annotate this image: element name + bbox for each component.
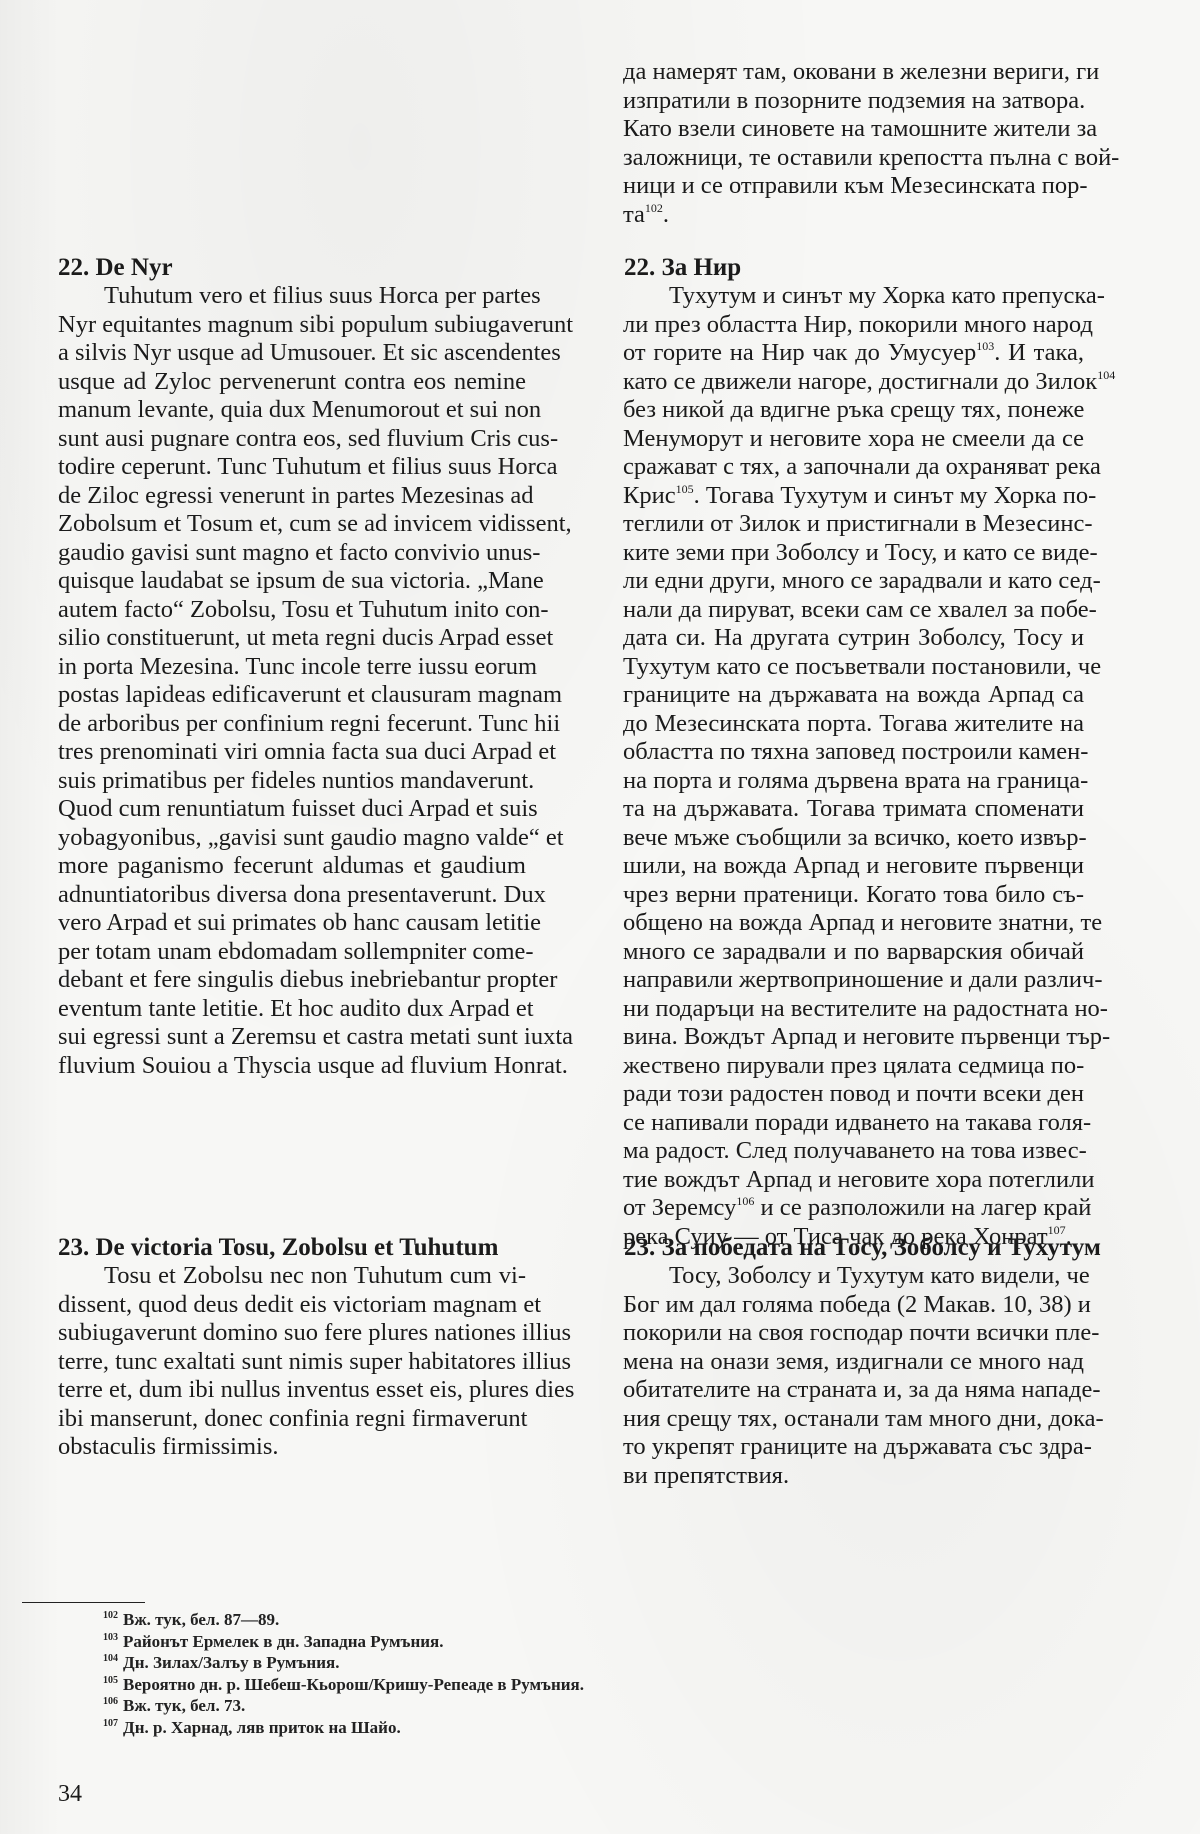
text-line: шили, на вожда Арпад и неговите първенци — [623, 852, 1084, 881]
text-line: terre et, dum ibi nullus inventus esset … — [58, 1376, 526, 1405]
footnote-item: 105Вероятно дн. р. Шебеш-Кьорош/Кришу-Ре… — [103, 1674, 584, 1696]
text-line: покорили на своя господар почти всички п… — [623, 1319, 1084, 1348]
text-line: Менуморут и неговите хора не смеели да с… — [623, 425, 1084, 454]
text-line: та102. — [623, 201, 1084, 230]
text-line: sunt ausi pugnare contra eos, sed fluviu… — [58, 425, 526, 454]
footnote-ref[interactable]: 106 — [736, 1194, 754, 1208]
text-line: per totam unam ebdomadam sollempniter co… — [58, 938, 526, 967]
text-line: се напивали поради идването на такава го… — [623, 1109, 1084, 1138]
text-line: от Зеремсу106 и се разположили на лагер … — [623, 1194, 1084, 1223]
right-top-continuation: да намерят там, оковани в железни вериги… — [623, 58, 1084, 229]
text-line: от горите на Нир чак до Умусуер103. И та… — [623, 339, 1084, 368]
footnote-number: 104 — [103, 1653, 118, 1664]
text-line: ни подаръци на вестителите на радостната… — [623, 995, 1084, 1024]
text-line: областта по тяхна заповед построили каме… — [623, 738, 1084, 767]
footnote-number: 103 — [103, 1632, 118, 1643]
footnote-divider — [22, 1602, 145, 1603]
text-line: сражават с тях, а започнали да охраняват… — [623, 453, 1084, 482]
text-line: eventum tante letitie. Et hoc audito dux… — [58, 995, 526, 1024]
footnote-ref[interactable]: 104 — [1097, 368, 1115, 382]
text-line: Tosu et Zobolsu nec non Tuhutum cum vi- — [58, 1262, 526, 1291]
text-line: дата си. На другата сутрин Зоболсу, Тосу… — [623, 624, 1084, 653]
text-line: ради този радостен повод и почти всеки д… — [623, 1080, 1084, 1109]
text-line: more paganismo fecerunt aldumas et gaudi… — [58, 852, 526, 881]
footnote-number: 105 — [103, 1675, 118, 1686]
latin-section-22-body: Tuhutum vero et filius suus Horca per pa… — [58, 282, 526, 1080]
text-line: silio constituerunt, ut meta regni ducis… — [58, 624, 526, 653]
text-line: obstaculis firmissimis. — [58, 1433, 526, 1462]
section-heading-bulgarian-23: 23. За победата на Тосу, Зоболсу и Тухут… — [624, 1234, 1101, 1262]
text-line: Тосу, Зоболсу и Тухутум като видели, че — [623, 1262, 1084, 1291]
text-line: ли едни други, много се зарадвали и като… — [623, 567, 1084, 596]
footnote-item: 106Вж. тук, бел. 73. — [103, 1695, 584, 1717]
text-line: vero Arpad et sui primates ob hanc causa… — [58, 909, 526, 938]
text-line: обитателите на страната и, за да няма на… — [623, 1376, 1084, 1405]
text-line: да намерят там, оковани в железни вериги… — [623, 58, 1084, 87]
text-line: gaudio gavisi sunt magno et facto conviv… — [58, 539, 526, 568]
text-line: вина. Вождът Арпад и неговите първенци т… — [623, 1023, 1084, 1052]
text-line: debant et fere singulis diebus inebrieba… — [58, 966, 526, 995]
text-line: ibi manserunt, donec confinia regni firm… — [58, 1405, 526, 1434]
text-line: fluvium Souiou a Thyscia usque ad fluviu… — [58, 1052, 526, 1081]
text-line: Крис105. Тогава Тухутум и синът му Хорка… — [623, 482, 1084, 511]
footnote-number: 106 — [103, 1696, 118, 1707]
text-line: та на държавата. Тогава тримата споменат… — [623, 795, 1084, 824]
text-line: вече мъже съобщили за всичко, което извъ… — [623, 824, 1084, 853]
text-line: ници и се отправили към Мезесинската пор… — [623, 172, 1084, 201]
text-line: de arboribus per confinium regni fecerun… — [58, 710, 526, 739]
text-line: ния срещу тях, останали там много дни, д… — [623, 1405, 1084, 1434]
text-line: на порта и голяма дървена врата на грани… — [623, 767, 1084, 796]
text-line: границите на държавата на вожда Арпад са — [623, 681, 1084, 710]
text-line: тие вождът Арпад и неговите хора потегли… — [623, 1166, 1084, 1195]
text-line: изпратили в позорните подземия на затвор… — [623, 87, 1084, 116]
text-line: todire ceperunt. Tunc Tuhutum et filius … — [58, 453, 526, 482]
text-line: общено на вожда Арпад и неговите знатни,… — [623, 909, 1084, 938]
text-line: направили жертвоприношение и дали различ… — [623, 966, 1084, 995]
text-line: то укрепят границите на държавата със зд… — [623, 1433, 1084, 1462]
section-heading-latin-23: 23. De victoria Tosu, Zobolsu et Tuhutum — [58, 1234, 498, 1262]
text-line: като се движели нагоре, достигнали до Зи… — [623, 368, 1084, 397]
text-line: subiugaverunt domino suo fere plures nat… — [58, 1319, 526, 1348]
text-line: quisque laudabat se ipsum de sua victori… — [58, 567, 526, 596]
footnote-item: 104Дн. Зилах/Залъу в Румъния. — [103, 1652, 584, 1674]
footnote-item: 102Вж. тук, бел. 87—89. — [103, 1609, 584, 1631]
text-line: sui egressi sunt a Zeremsu et castra met… — [58, 1023, 526, 1052]
text-line: чрез верни пратеници. Когато това било с… — [623, 881, 1084, 910]
text-line: autem facto“ Zobolsu, Tosu et Tuhutum in… — [58, 596, 526, 625]
text-line: ли през областта Нир, покорили много нар… — [623, 311, 1084, 340]
text-line: suis primatibus per fideles nuntios mand… — [58, 767, 526, 796]
text-line: ма радост. След получаването на това изв… — [623, 1137, 1084, 1166]
section-heading-latin-22: 22. De Nyr — [58, 254, 173, 282]
footnote-ref[interactable]: 103 — [976, 339, 994, 353]
footnote-ref[interactable]: 102 — [645, 201, 663, 215]
text-line: много се зарадвали и по варварския обича… — [623, 938, 1084, 967]
bulgarian-section-22-body: Тухутум и синът му Хорка като препуска- … — [623, 282, 1084, 1251]
text-line: manum levante, quia dux Menumorout et su… — [58, 396, 526, 425]
latin-section-23-body: Tosu et Zobolsu nec non Tuhutum cum vi- … — [58, 1262, 526, 1462]
footnote-item: 103Районът Ермелек в дн. Западна Румъния… — [103, 1631, 584, 1653]
text-line: Като взели синовете на тамошните жители … — [623, 115, 1084, 144]
text-line: без никой да вдигне ръка срещу тях, поне… — [623, 396, 1084, 425]
text-line: a silvis Nyr usque ad Umusouer. Et sic a… — [58, 339, 526, 368]
text-line: postas lapideas edificaverunt et clausur… — [58, 681, 526, 710]
page-number: 34 — [58, 1781, 82, 1808]
text-line: жествено пирували през цялата седмица по… — [623, 1052, 1084, 1081]
text-line: Бог им дал голяма победа (2 Макав. 10, 3… — [623, 1291, 1084, 1320]
text-line: dissent, quod deus dedit eis victoriam m… — [58, 1291, 526, 1320]
text-line: мена на онази земя, издигнали се много н… — [623, 1348, 1084, 1377]
text-line: теглили от Зилок и пристигнали в Мезесин… — [623, 510, 1084, 539]
text-line: Quod cum renuntiatum fuisset duci Arpad … — [58, 795, 526, 824]
text-line: Nyr equitantes magnum sibi populum subiu… — [58, 311, 526, 340]
footnote-number: 107 — [103, 1718, 118, 1729]
footnote-ref[interactable]: 105 — [676, 482, 694, 496]
section-heading-bulgarian-22: 22. За Нир — [624, 254, 741, 282]
footnote-item: 107Дн. р. Харнад, ляв приток на Шайо. — [103, 1717, 584, 1739]
text-line: до Мезесинската порта. Тогава жителите н… — [623, 710, 1084, 739]
text-line: yobagyonibus, „gavisi sunt gaudio magno … — [58, 824, 526, 853]
bulgarian-section-23-body: Тосу, Зоболсу и Тухутум като видели, че … — [623, 1262, 1084, 1490]
text-line: terre, tunc exaltati sunt nimis super ha… — [58, 1348, 526, 1377]
text-line: нали да пируват, всеки сам се хвалел за … — [623, 596, 1084, 625]
text-line: tres prenominati viri omnia facta sua du… — [58, 738, 526, 767]
footnote-number: 102 — [103, 1610, 118, 1621]
text-line: ките земи при Зоболсу и Тосу, и като се … — [623, 539, 1084, 568]
text-line: ви препятствия. — [623, 1462, 1084, 1491]
text-line: Тухутум като се посъветвали постановили,… — [623, 653, 1084, 682]
footnotes: 102Вж. тук, бел. 87—89. 103Районът Ермел… — [103, 1609, 584, 1738]
text-line: заложници, те оставили крепостта пълна с… — [623, 144, 1084, 173]
text-line: Тухутум и синът му Хорка като препуска- — [623, 282, 1084, 311]
text-line: in porta Mezesina. Tunc incole terre ius… — [58, 653, 526, 682]
text-line: de Ziloc egressi venerunt in partes Meze… — [58, 482, 526, 511]
text-line: Zobolsum et Tosum et, cum se ad invicem … — [58, 510, 526, 539]
text-line: Tuhutum vero et filius suus Horca per pa… — [58, 282, 526, 311]
text-line: usque ad Zyloc pervenerunt contra eos ne… — [58, 368, 526, 397]
text-line: adnuntiatoribus diversa dona presentaver… — [58, 881, 526, 910]
